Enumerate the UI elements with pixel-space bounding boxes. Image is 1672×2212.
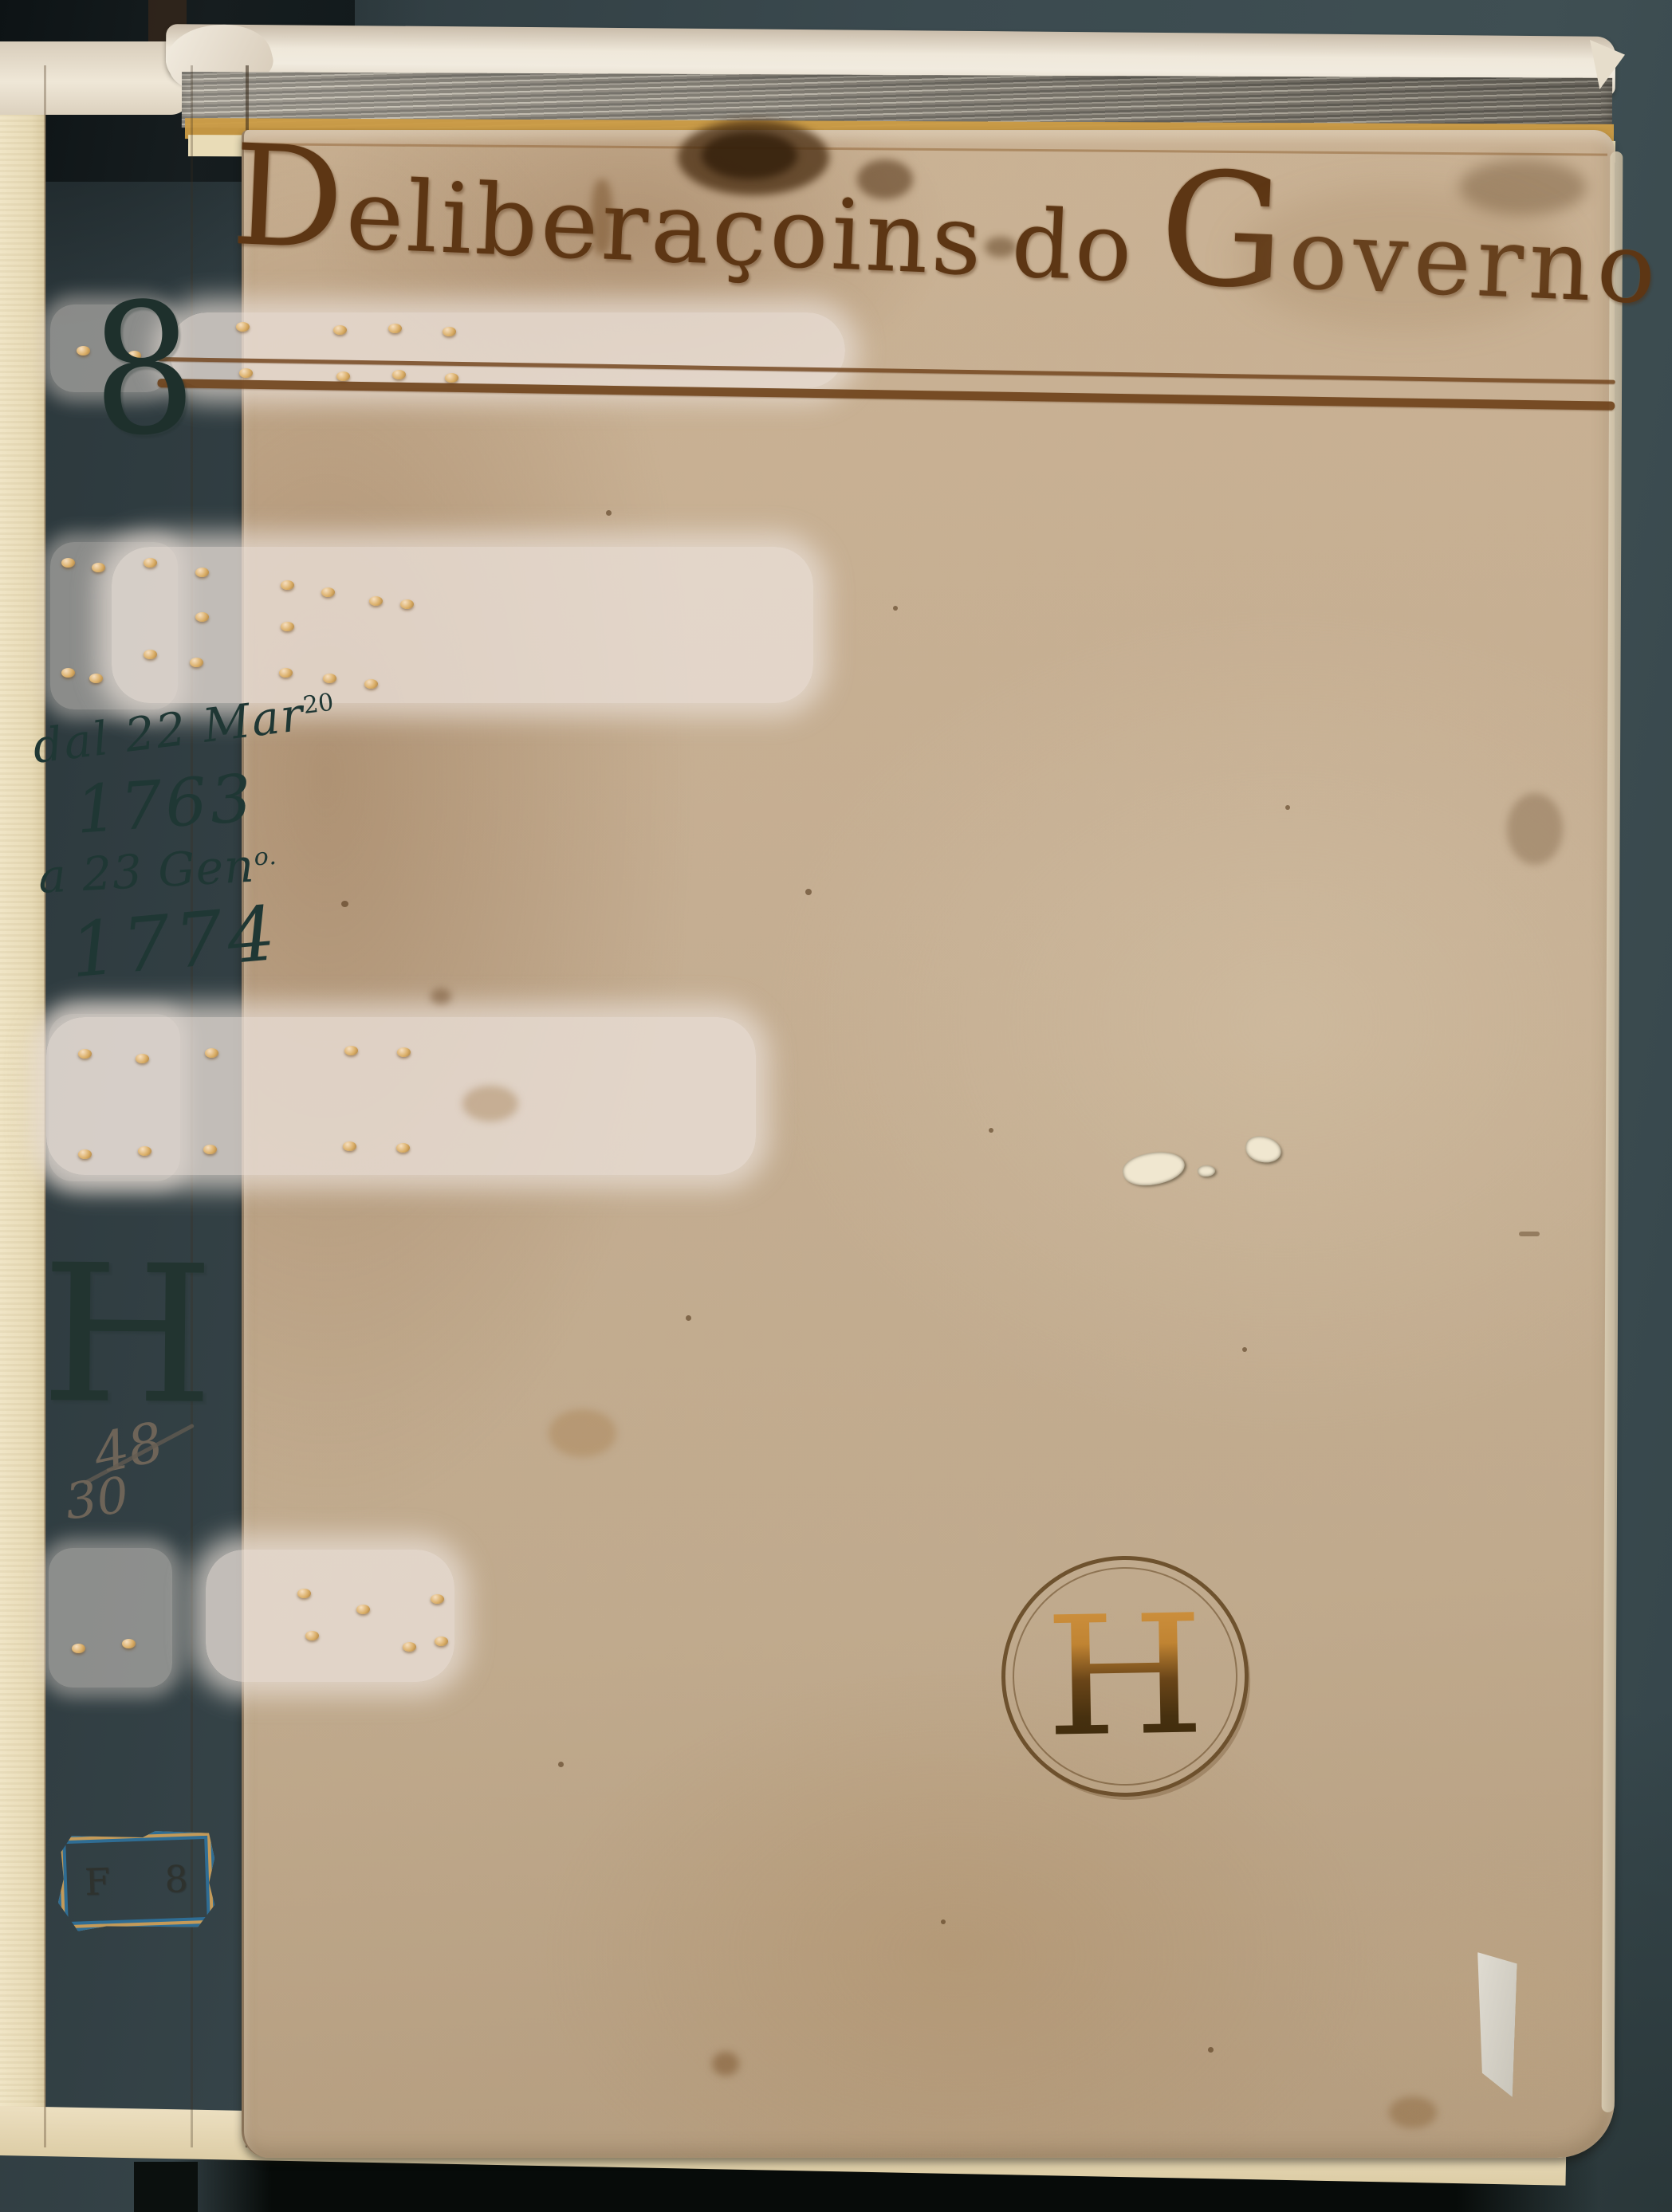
sewing-band xyxy=(206,1550,454,1682)
shelfmark-letter: F xyxy=(84,1860,111,1904)
spine-volume-number: 8 xyxy=(87,278,199,463)
shelfmark-label: F 8 xyxy=(56,1829,217,1932)
date-superscript: 20 xyxy=(301,689,335,720)
cover-stamp-letter: H xyxy=(1044,1593,1207,1759)
book-bottom-shadow-left xyxy=(134,2162,198,2212)
title-word: do xyxy=(1010,196,1137,295)
pencil-number: 30 xyxy=(62,1465,132,1530)
date-superscript: o. xyxy=(254,843,278,871)
spine-date-line-4: 1774 xyxy=(67,890,284,996)
spine-sewing-patch xyxy=(49,1548,172,1687)
spine-letter-stamp: H xyxy=(40,1240,215,1432)
manuscript-scan: DeliberaçoinsdoGoverno 8 dal 22 Mar20 17… xyxy=(0,0,1672,2212)
flyleaf-edge-left xyxy=(0,110,45,2147)
spine-date-line-2: 1763 xyxy=(73,760,258,848)
sewing-band xyxy=(112,547,813,703)
shelfmark-number: 8 xyxy=(164,1857,189,1901)
